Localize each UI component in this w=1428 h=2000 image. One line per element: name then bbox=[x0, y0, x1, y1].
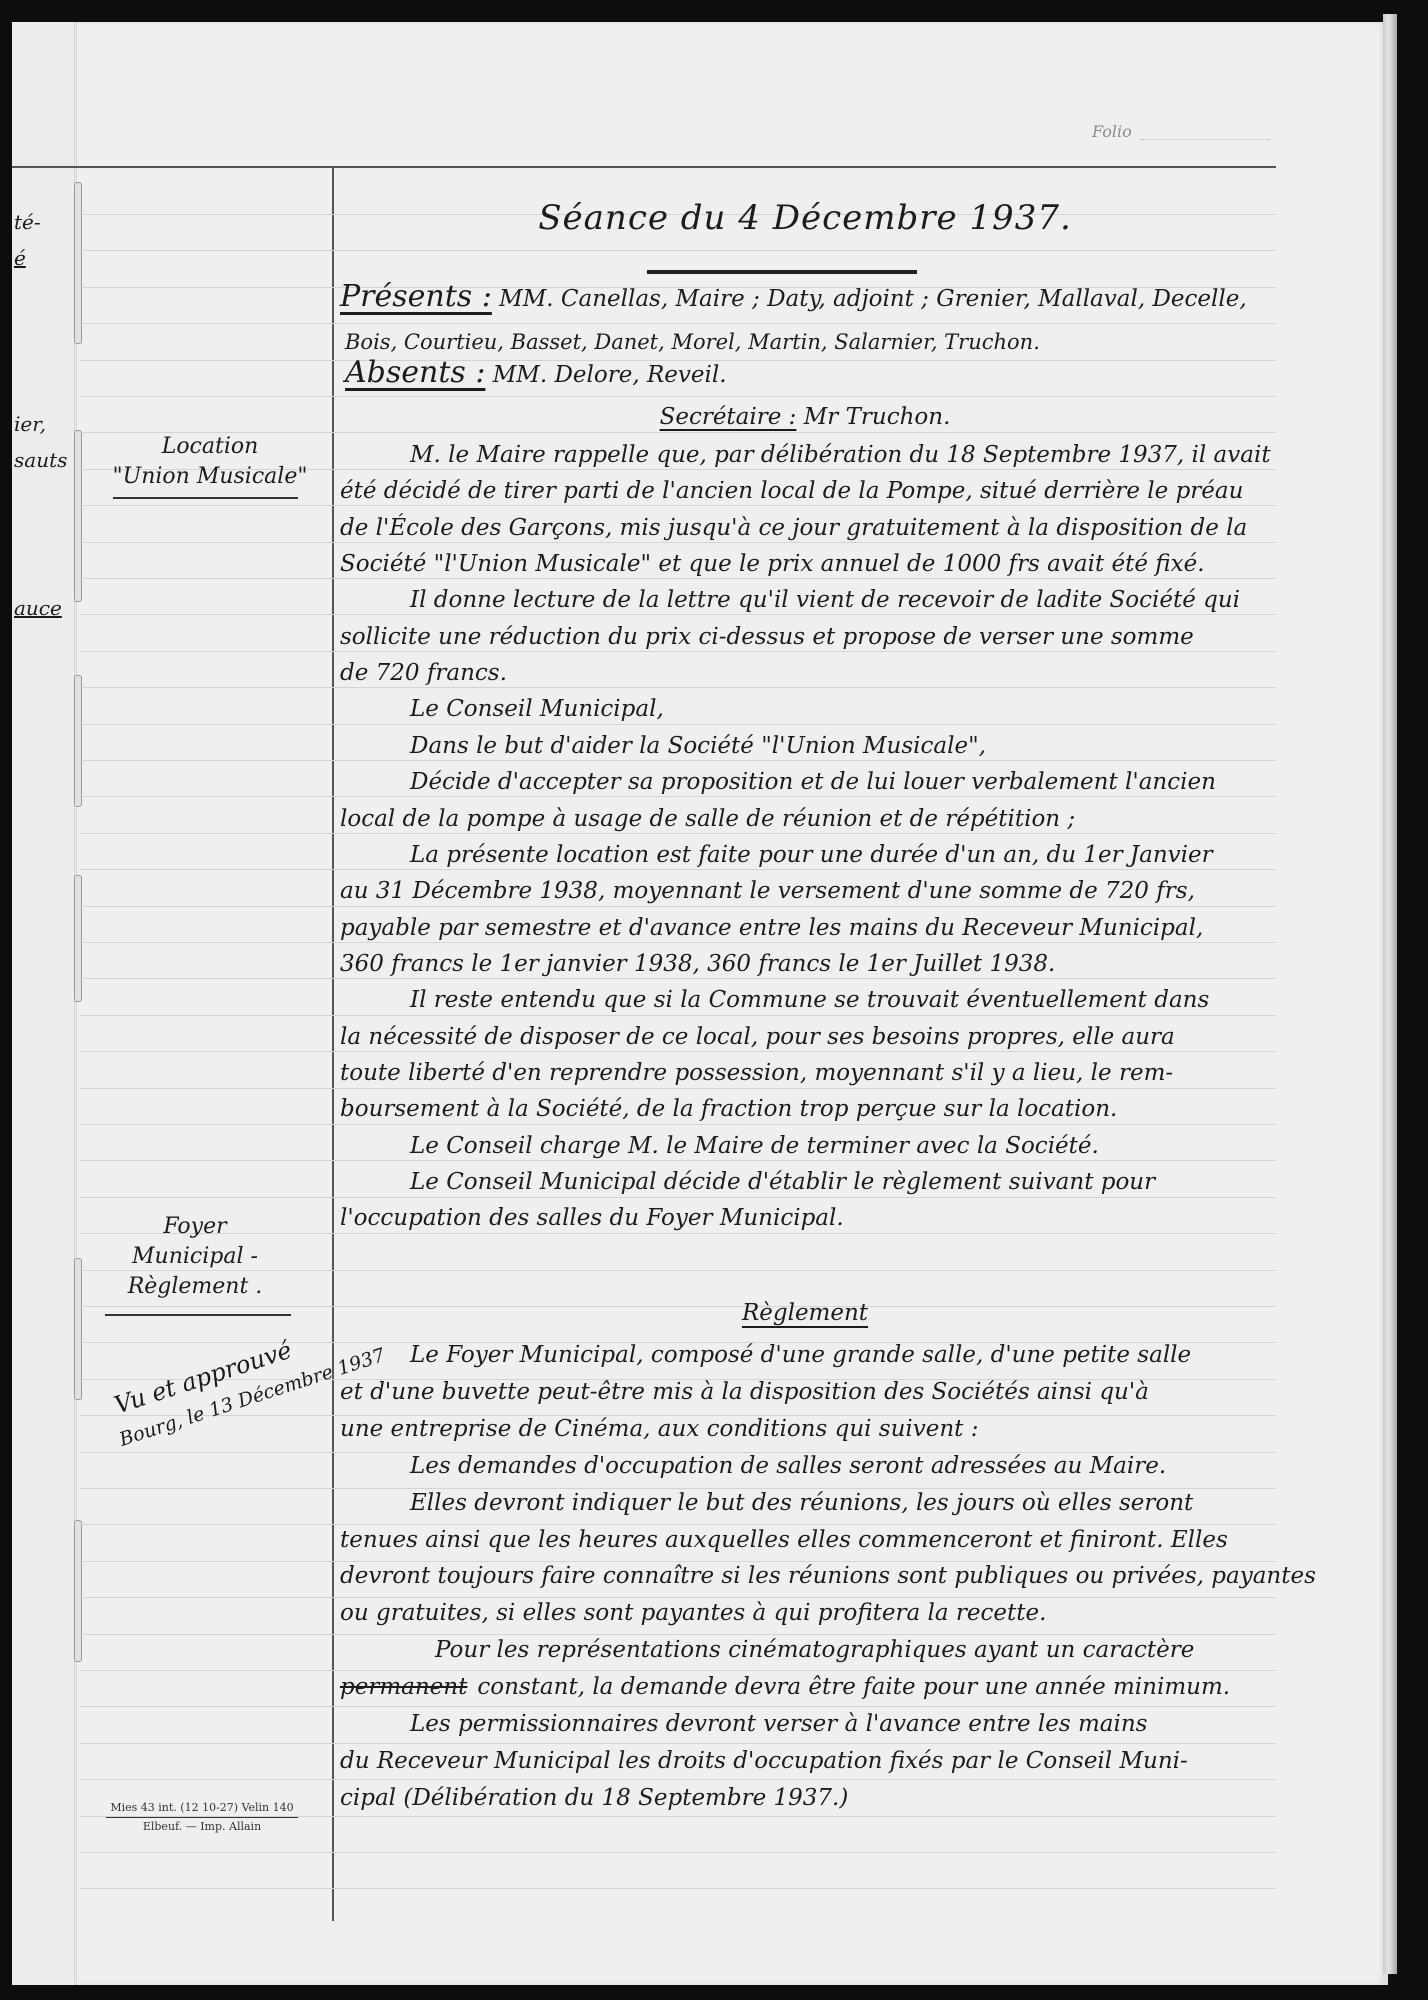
minutes-line: Le Conseil charge M. le Maire de termine… bbox=[410, 1131, 1099, 1161]
margin-note-line: Règlement . bbox=[95, 1272, 295, 1302]
secretary-label: Secrétaire : bbox=[660, 404, 797, 430]
presents-names: MM. Canellas, Maire ; Daty, adjoint ; Gr… bbox=[499, 286, 1246, 312]
binding-stitch bbox=[74, 430, 82, 602]
ruled-line bbox=[80, 906, 1276, 907]
ruled-line bbox=[80, 1852, 1276, 1853]
secretary-line: Secrétaire : Mr Truchon. bbox=[334, 402, 1276, 432]
binding-stitch bbox=[74, 182, 82, 344]
minutes-line: boursement à la Société, de la fraction … bbox=[340, 1094, 1117, 1124]
folio-number-line bbox=[1140, 139, 1270, 140]
printer-imprint: Mies 43 int. (12 10-27) Velin 140 Elbeuf… bbox=[102, 1800, 302, 1835]
ruled-line bbox=[80, 250, 1276, 251]
imprint-line: Elbeuf. — Imp. Allain bbox=[102, 1819, 302, 1835]
minutes-line: Le Conseil Municipal décide d'établir le… bbox=[410, 1167, 1155, 1197]
previous-page-strip bbox=[12, 22, 75, 1985]
reglement-line: Le Foyer Municipal, composé d'une grande… bbox=[410, 1340, 1191, 1370]
minutes-line: La présente location est faite pour une … bbox=[410, 840, 1213, 870]
ruled-line bbox=[80, 724, 1276, 725]
margin-note-line: Location bbox=[110, 432, 310, 462]
minutes-line: 360 francs le 1er janvier 1938, 360 fran… bbox=[340, 949, 1055, 979]
prev-fragment: auce bbox=[14, 596, 62, 620]
binding-stitch bbox=[74, 875, 82, 1002]
margin-note-line: Municipal - bbox=[95, 1242, 295, 1272]
minutes-line: sollicite une réduction du prix ci-dessu… bbox=[340, 622, 1194, 652]
reglement-line: ou gratuites, si elles sont payantes à q… bbox=[340, 1598, 1046, 1628]
reglement-line: Les permissionnaires devront verser à l'… bbox=[410, 1709, 1147, 1739]
presents-names-cont: Bois, Courtieu, Basset, Danet, Morel, Ma… bbox=[345, 327, 1040, 357]
ruled-line bbox=[80, 396, 1276, 397]
minutes-line: M. le Maire rappelle que, par délibérati… bbox=[410, 440, 1271, 470]
reglement-line: du Receveur Municipal les droits d'occup… bbox=[340, 1746, 1188, 1776]
presents-label: Présents : bbox=[340, 279, 492, 314]
minutes-line: Le Conseil Municipal, bbox=[410, 694, 664, 724]
minutes-line: Société "l'Union Musicale" et que le pri… bbox=[340, 549, 1205, 579]
minutes-line: de 720 francs. bbox=[340, 658, 507, 688]
reglement-line: et d'une buvette peut-être mis à la disp… bbox=[340, 1377, 1149, 1407]
reglement-line: permanentconstant, la demande devra être… bbox=[340, 1672, 1230, 1702]
ruled-line bbox=[80, 1670, 1276, 1671]
session-title: Séance du 4 Décembre 1937. bbox=[334, 198, 1276, 238]
imprint-divider bbox=[106, 1817, 298, 1818]
ruled-line bbox=[80, 1088, 1276, 1089]
reglement-line: Les demandes d'occupation de salles sero… bbox=[410, 1451, 1166, 1481]
binding-stitch bbox=[74, 675, 82, 807]
margin-note-foyer: Foyer Municipal - Règlement . bbox=[95, 1212, 295, 1302]
ruled-line bbox=[80, 1779, 1276, 1780]
margin-note-underline bbox=[113, 497, 298, 499]
header-rule bbox=[12, 166, 1276, 168]
reglement-line: cipal (Délibération du 18 Septembre 1937… bbox=[340, 1783, 848, 1813]
ruled-line bbox=[80, 323, 1276, 324]
margin-note-line: Foyer bbox=[95, 1212, 295, 1242]
margin-note-location: Location "Union Musicale" bbox=[110, 432, 310, 492]
reglement-line: tenues ainsi que les heures auxquelles e… bbox=[340, 1525, 1228, 1555]
ruled-line bbox=[80, 1124, 1276, 1125]
margin-note-line: "Union Musicale" bbox=[110, 462, 310, 492]
margin-note-underline bbox=[105, 1314, 291, 1316]
prev-fragment: té- bbox=[14, 210, 41, 234]
ruled-line bbox=[80, 1888, 1276, 1889]
reglement-line: une entreprise de Cinéma, aux conditions… bbox=[340, 1414, 979, 1444]
minutes-line: Décide d'accepter sa proposition et de l… bbox=[410, 767, 1216, 797]
absents-line: Absents : MM. Delore, Reveil. bbox=[345, 358, 727, 390]
reglement-line: Elles devront indiquer le but des réunio… bbox=[410, 1488, 1193, 1518]
minutes-line: été décidé de tirer parti de l'ancien lo… bbox=[340, 476, 1243, 506]
ruled-line bbox=[80, 1015, 1276, 1016]
reglement-line: devront toujours faire connaître si les … bbox=[340, 1561, 1316, 1591]
ruled-line bbox=[80, 687, 1276, 688]
minutes-line: payable par semestre et d'avance entre l… bbox=[340, 913, 1203, 943]
absents-names: MM. Delore, Reveil. bbox=[493, 362, 727, 388]
absents-label: Absents : bbox=[345, 355, 485, 390]
reglement-text: constant, la demande devra être faite po… bbox=[477, 1674, 1230, 1700]
minutes-line: la nécessité de disposer de ce local, po… bbox=[340, 1022, 1175, 1052]
ruled-line bbox=[80, 1743, 1276, 1744]
presents-line: Présents : MM. Canellas, Maire ; Daty, a… bbox=[340, 282, 1247, 314]
folio-label: Folio bbox=[1092, 122, 1132, 141]
minutes-line: Il reste entendu que si la Commune se tr… bbox=[410, 985, 1209, 1015]
minutes-line: de l'École des Garçons, mis jusqu'à ce j… bbox=[340, 513, 1247, 543]
reglement-heading: Règlement bbox=[334, 1298, 1276, 1328]
struck-word: permanent bbox=[340, 1674, 467, 1700]
minutes-line: Il donne lecture de la lettre qu'il vien… bbox=[410, 585, 1240, 615]
minutes-line: Dans le but d'aider la Société "l'Union … bbox=[410, 731, 986, 761]
prev-fragment: sauts bbox=[14, 448, 67, 472]
minutes-line: toute liberté d'en reprendre possession,… bbox=[340, 1058, 1173, 1088]
prev-fragment: ier, bbox=[14, 412, 46, 436]
binding-stitch bbox=[74, 1520, 82, 1662]
ruled-line bbox=[80, 1197, 1276, 1198]
reglement-line: Pour les représentations cinématographiq… bbox=[435, 1635, 1194, 1665]
minutes-line: local de la pompe à usage de salle de ré… bbox=[340, 804, 1075, 834]
imprint-line: Mies 43 int. (12 10-27) Velin 140 bbox=[102, 1800, 302, 1816]
prev-fragment: é bbox=[14, 246, 26, 270]
minutes-line: au 31 Décembre 1938, moyennant le versem… bbox=[340, 876, 1195, 906]
minutes-line: l'occupation des salles du Foyer Municip… bbox=[340, 1203, 844, 1233]
page-edge bbox=[1383, 14, 1397, 1974]
title-underline bbox=[647, 270, 917, 274]
ruled-line bbox=[80, 1706, 1276, 1707]
secretary-name: Mr Truchon. bbox=[804, 404, 951, 430]
